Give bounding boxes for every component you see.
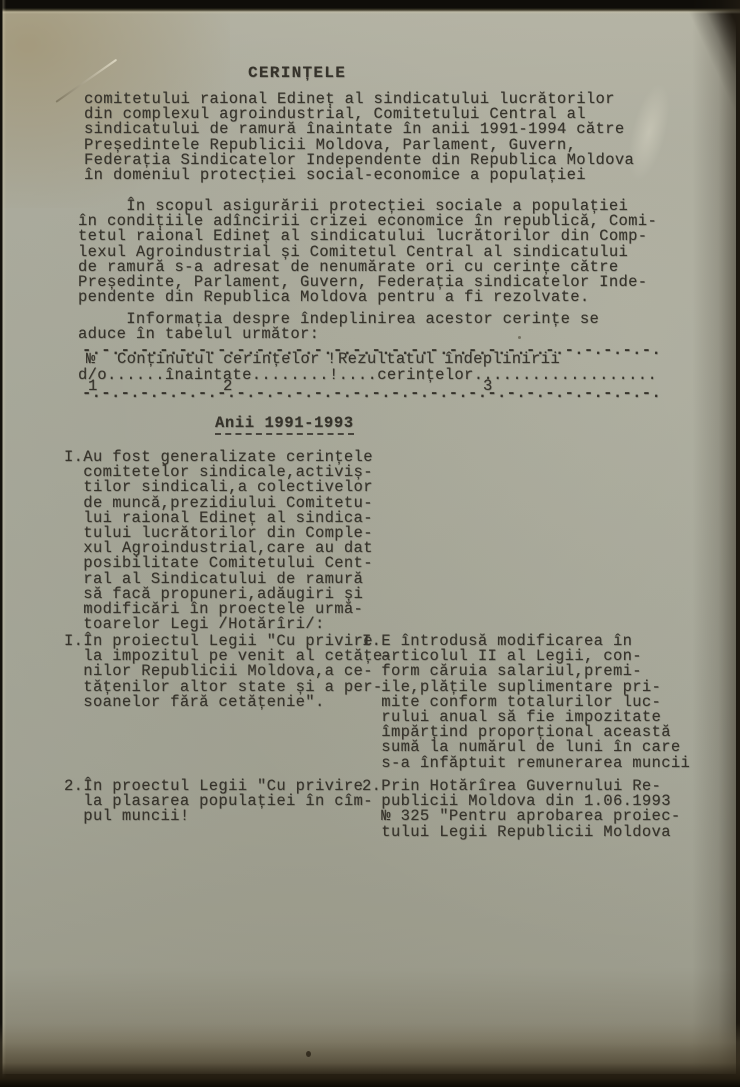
- general-requirements-item: I.Au fost generalizate cerințele comitet…: [64, 450, 373, 632]
- table-column-number-1: 1: [88, 379, 98, 394]
- table-column-number-3: 3: [483, 379, 493, 394]
- table-column-separator: !: [327, 352, 337, 367]
- scan-edge-bottom: [0, 1023, 740, 1087]
- table-column-number-2: 2: [223, 379, 233, 394]
- scan-edge-top: [0, 0, 740, 14]
- scan-edge-right-shadow: [692, 0, 740, 1087]
- table-header-number-column: №: [86, 352, 96, 367]
- table-header-result-column: Rezultatul îndeplinirii: [338, 352, 560, 367]
- requirement-row-2-right-cell: 2.Prin Hotărîrea Guvernului Re- publicii…: [362, 779, 681, 840]
- table-subheader-leaders: d/o......înaintate........!....cerințelo…: [78, 368, 657, 383]
- scanned-document-page: CERINȚELE comitetului raional Edineț al …: [0, 0, 740, 1087]
- document-title: CERINȚELE: [248, 66, 346, 81]
- table-lead-paragraph: Informația despre îndeplinirea acestor c…: [78, 312, 599, 342]
- requirement-row-1-right-cell: I.E întrodusă modificarea în articolul I…: [362, 634, 690, 771]
- scan-edge-left: [0, 0, 6, 1087]
- table-rule-bottom: -.-.-.-.-.-.-.-.-.-.-.-.-.-.-.-.-.-.-.-.…: [82, 387, 660, 399]
- table-header-content-column: Conținutul cerințelor: [117, 352, 320, 367]
- ink-speck: [306, 1051, 311, 1057]
- requirement-row-1-left-cell: I.În proiectul Legii "Cu privire la impo…: [64, 634, 392, 710]
- years-section-heading: Anii 1991-1993: [215, 416, 354, 435]
- intro-paragraph: comitetului raional Edineț al sindicatul…: [84, 92, 634, 183]
- appeal-paragraph: În scopul asigurării protecției sociale …: [78, 199, 657, 305]
- requirement-row-2-left-cell: 2.În proectul Legii "Cu privire la plasa…: [64, 779, 373, 825]
